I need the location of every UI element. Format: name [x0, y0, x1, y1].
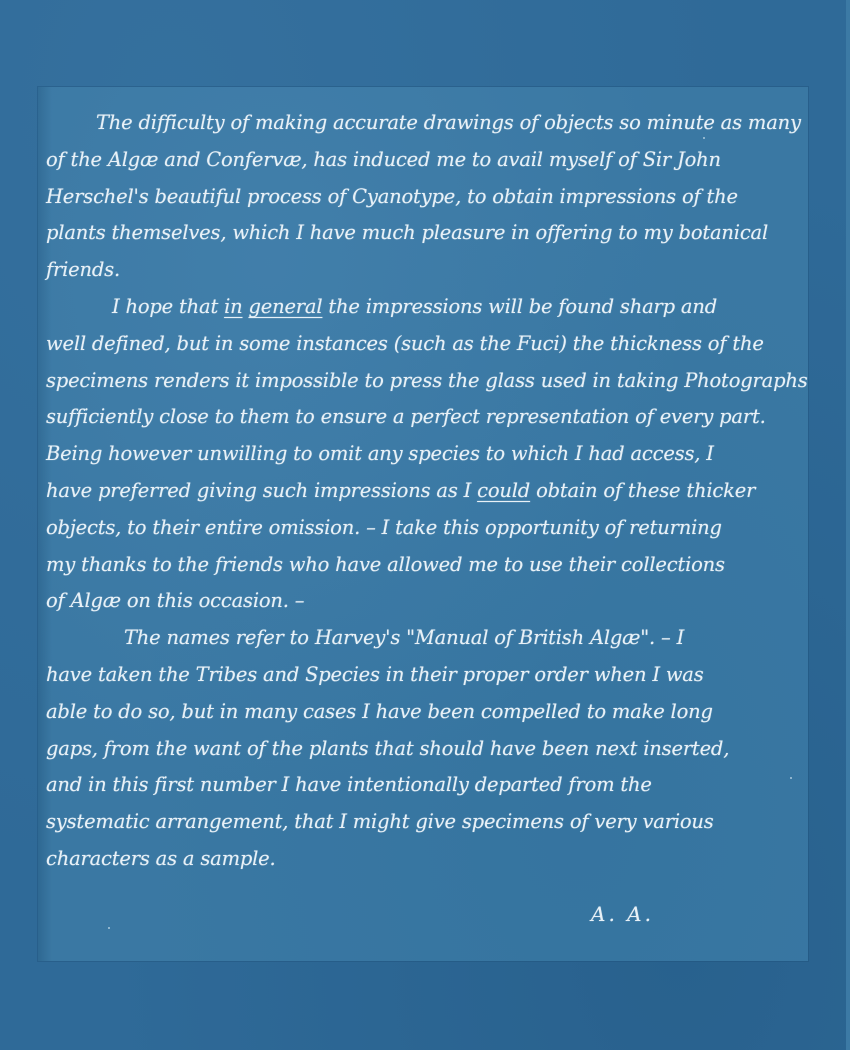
- text-line: have taken the Tribes and Species in the…: [46, 657, 806, 694]
- text-line: Herschel's beautiful process of Cyanotyp…: [46, 179, 806, 216]
- text-line: specimens renders it impossible to press…: [46, 363, 806, 400]
- dust-speck: [108, 927, 110, 929]
- text-line: have preferred giving such impressions a…: [46, 473, 806, 510]
- text-line: friends.: [46, 252, 806, 289]
- text-segment: the impressions will be found sharp and: [322, 295, 717, 318]
- text-line: objects, to their entire omission. – I t…: [46, 510, 806, 547]
- cyanotype-mount: The difficulty of making accurate drawin…: [0, 0, 850, 1050]
- underlined-word: could: [477, 479, 530, 502]
- text-line: characters as a sample.: [46, 841, 806, 878]
- text-segment: obtain of these thicker: [530, 479, 755, 502]
- underlined-word: in: [224, 295, 242, 318]
- dust-speck: [790, 777, 792, 779]
- text-line: gaps, from the want of the plants that s…: [46, 731, 806, 768]
- text-line: and in this first number I have intentio…: [46, 767, 806, 804]
- text-segment: have preferred giving such impressions a…: [46, 479, 477, 502]
- text-line: able to do so, but in many cases I have …: [46, 694, 806, 731]
- text-line: of Algæ on this occasion. –: [46, 583, 806, 620]
- signature: A. A.: [591, 902, 654, 926]
- mount-edge-strip: [846, 0, 850, 1050]
- text-line: The names refer to Harvey's "Manual of B…: [46, 620, 806, 657]
- text-line: plants themselves, which I have much ple…: [46, 215, 806, 252]
- paragraph-2: I hope that in general the impressions w…: [46, 289, 806, 620]
- text-line: my thanks to the friends who have allowe…: [46, 547, 806, 584]
- cyanotype-print: The difficulty of making accurate drawin…: [38, 87, 808, 961]
- text-line: systematic arrangement, that I might giv…: [46, 804, 806, 841]
- text-line: Being however unwilling to omit any spec…: [46, 436, 806, 473]
- handwritten-letter: The difficulty of making accurate drawin…: [46, 105, 806, 878]
- paragraph-3: The names refer to Harvey's "Manual of B…: [46, 620, 806, 878]
- dust-speck: [703, 137, 705, 139]
- text-segment: I hope that: [112, 295, 224, 318]
- paragraph-1: The difficulty of making accurate drawin…: [46, 105, 806, 289]
- text-line: sufficiently close to them to ensure a p…: [46, 399, 806, 436]
- text-line: The difficulty of making accurate drawin…: [46, 105, 806, 142]
- underlined-word: general: [248, 295, 322, 318]
- text-line: of the Algæ and Confervæ, has induced me…: [46, 142, 806, 179]
- text-line: well defined, but in some instances (suc…: [46, 326, 806, 363]
- text-line: I hope that in general the impressions w…: [46, 289, 806, 326]
